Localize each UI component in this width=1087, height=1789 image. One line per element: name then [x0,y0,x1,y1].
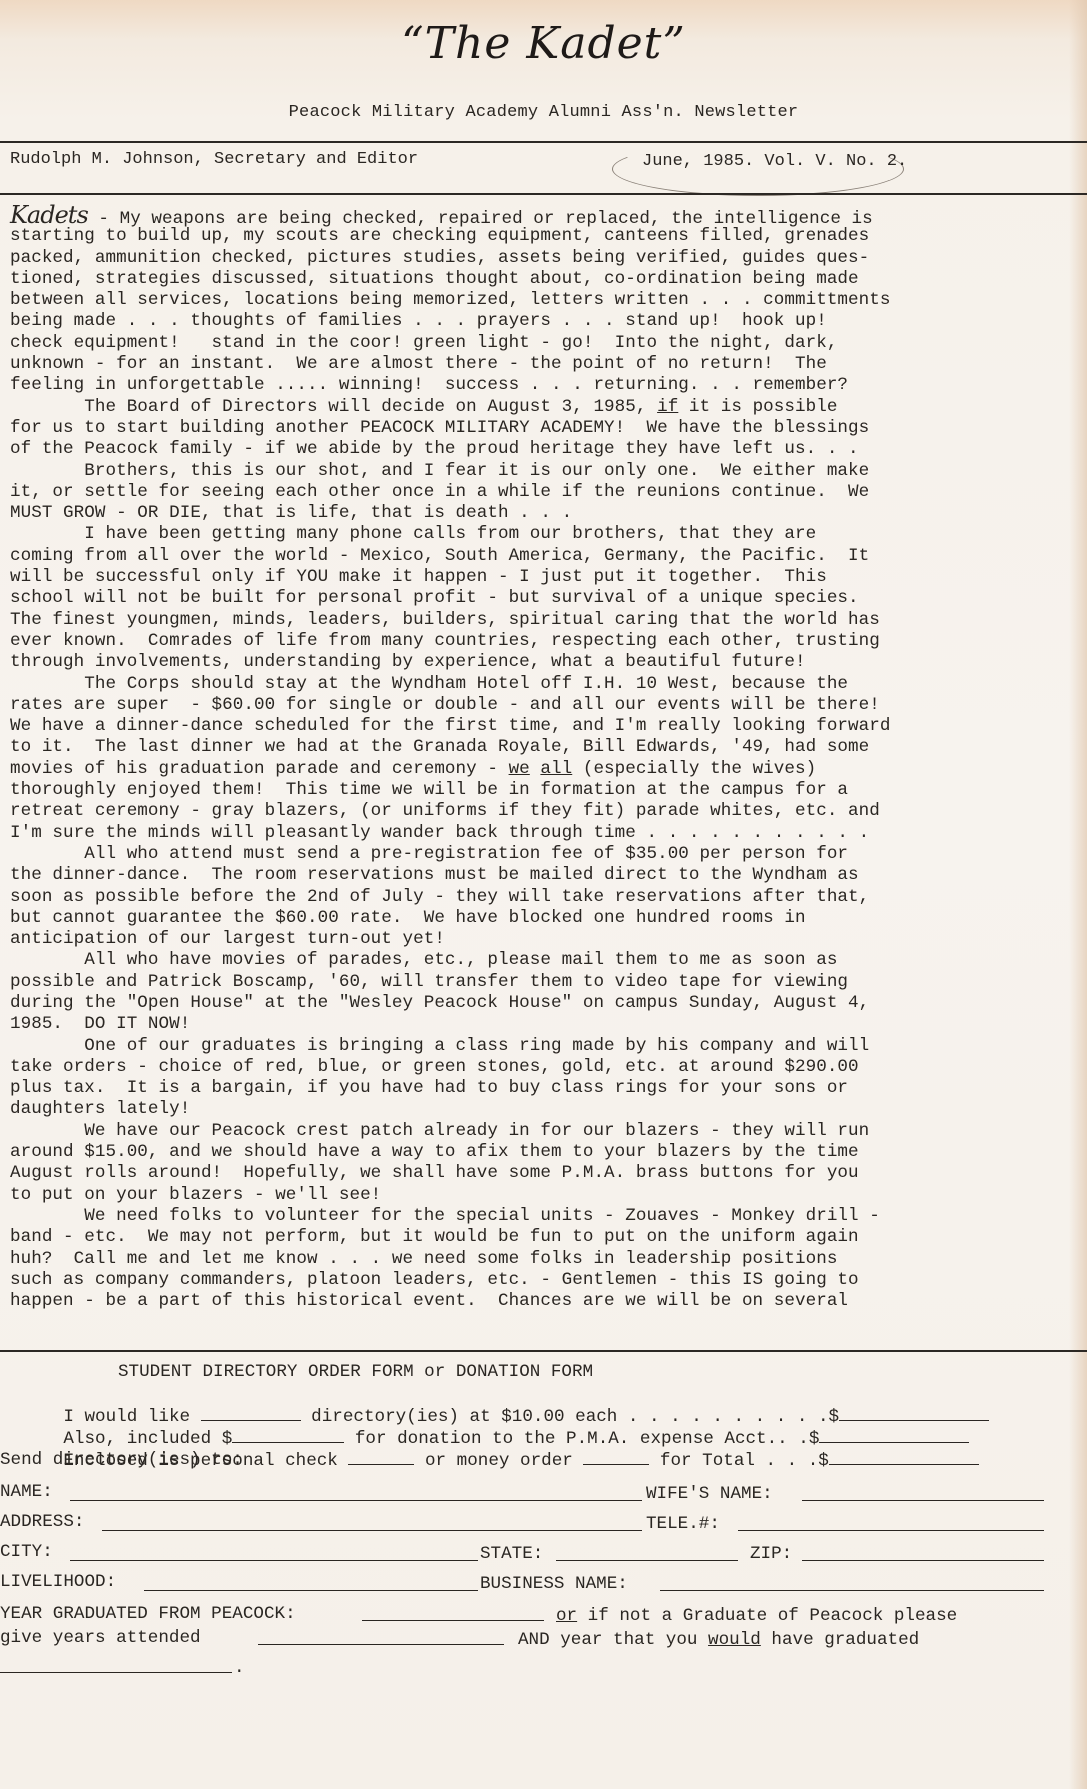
article-line: feeling in unforgettable ..... winning! … [10,375,1080,396]
name-label: NAME: [0,1482,53,1502]
article-line: MUST GROW - OR DIE, that is life, that i… [10,503,1080,524]
article-line: to put on your blazers - we'll see! [10,1185,1080,1206]
article-line: 1985. DO IT NOW! [10,1014,1080,1035]
article-line: All who attend must send a pre-registrat… [10,844,1080,865]
article-line: The Board of Directors will decide on Au… [10,397,1080,418]
wife-name-label: WIFE'S NAME: [646,1484,773,1504]
name-input[interactable] [70,1500,642,1501]
article-line: retreat ceremony - gray blazers, (or uni… [10,801,1080,822]
article-line: for us to start building another PEACOCK… [10,418,1080,439]
newsletter-page: “The Kadet” Peacock Military Academy Alu… [0,0,1087,1789]
tele-input[interactable] [738,1530,1044,1531]
article-line: will be successful only if YOU make it h… [10,567,1080,588]
article-line: packed, ammunition checked, pictures stu… [10,248,1080,269]
article-line: around $15.00, and we should have a way … [10,1142,1080,1163]
article-line: being made . . . thoughts of families . … [10,311,1080,332]
handwritten-salutation: Kadets [10,201,88,229]
article-line: anticipation of our largest turn-out yet… [10,929,1080,950]
article-line: during the "Open House" at the "Wesley P… [10,993,1080,1014]
business-name-label: BUSINESS NAME: [480,1574,628,1594]
article-line: tioned, strategies discussed, situations… [10,269,1080,290]
tele-label: TELE.#: [646,1514,720,1534]
article-line: through involvements, understanding by e… [10,652,1080,673]
article-line: check equipment! stand in the coor! gree… [10,333,1080,354]
livelihood-input[interactable] [144,1590,478,1591]
article-line: take orders - choice of red, blue, or gr… [10,1057,1080,1078]
article-body: Kadets - My weapons are being checked, r… [10,205,1080,1312]
zip-label: ZIP: [750,1544,792,1564]
form-separator-rule [0,1350,1087,1352]
article-line: The Corps should stay at the Wyndham Hot… [10,674,1080,695]
article-line: huh? Call me and let me know . . . we ne… [10,1249,1080,1270]
article-line: happen - be a part of this historical ev… [10,1291,1080,1312]
city-label: CITY: [0,1542,53,1562]
address-input[interactable] [102,1530,642,1531]
article-line: such as company commanders, platoon lead… [10,1270,1080,1291]
article-line: but cannot guarantee the $60.00 rate. We… [10,908,1080,929]
article-line: ever known. Comrades of life from many c… [10,631,1080,652]
article-line: The finest youngmen, minds, leaders, bui… [10,610,1080,631]
header-rule-bottom [0,193,1087,195]
article-line: August rolls around! Hopefully, we shall… [10,1163,1080,1184]
article-line: band - etc. We may not perform, but it w… [10,1227,1080,1248]
article-line: soon as possible before the 2nd of July … [10,887,1080,908]
year-graduated-input[interactable] [362,1620,544,1621]
article-line: possible and Patrick Boscamp, '60, will … [10,972,1080,993]
total-input[interactable] [829,1448,979,1465]
article-line: We need folks to volunteer for the speci… [10,1206,1080,1227]
livelihood-label: LIVELIHOOD: [0,1572,116,1592]
article-line: daughters lately! [10,1099,1080,1120]
article-line: I have been getting many phone calls fro… [10,524,1080,545]
state-input[interactable] [556,1560,738,1561]
money-order-input[interactable] [583,1448,649,1465]
article-line: school will not be built for personal pr… [10,588,1080,609]
years-attended-input[interactable] [258,1644,504,1645]
personal-check-input[interactable] [348,1448,414,1465]
zip-input[interactable] [802,1560,1044,1561]
form-title: STUDENT DIRECTORY ORDER FORM or DONATION… [118,1362,593,1382]
issue-dateline: June, 1985. Vol. V. No. 2. [642,152,907,171]
article-line: unknown - for an instant. We are almost … [10,354,1080,375]
article-line: rates are super - $60.00 for single or d… [10,695,1080,716]
would-have-graduated-text: AND year that you would have graduated [518,1630,919,1650]
article-line: We have a dinner-dance scheduled for the… [10,716,1080,737]
year-graduated-label: YEAR GRADUATED FROM PEACOCK: [0,1604,296,1624]
not-graduate-text: or if not a Graduate of Peacock please [556,1606,957,1626]
article-line: the dinner-dance. The room reservations … [10,865,1080,886]
state-label: STATE: [480,1544,543,1564]
newsletter-subtitle: Peacock Military Academy Alumni Ass'n. N… [0,103,1087,122]
editor-credit: Rudolph M. Johnson, Secretary and Editor [10,150,418,169]
address-label: ADDRESS: [0,1512,84,1532]
article-line: We have our Peacock crest patch already … [10,1121,1080,1142]
article-line: Brothers, this is our shot, and I fear i… [10,461,1080,482]
article-line: thoroughly enjoyed them! This time we wi… [10,780,1080,801]
article-line: to it. The last dinner we had at the Gra… [10,737,1080,758]
masthead-title: “The Kadet” [0,18,1087,69]
article-line: Kadets - My weapons are being checked, r… [10,205,1080,226]
wife-name-input[interactable] [802,1500,1044,1501]
send-to-label: Send directory(ies) to: [0,1450,243,1470]
article-line: movies of his graduation parade and cere… [10,759,1080,780]
article-line: All who have movies of parades, etc., pl… [10,950,1080,971]
city-input[interactable] [70,1560,478,1561]
years-attended-label: give years attended [0,1628,201,1648]
article-line: starting to build up, my scouts are chec… [10,226,1080,247]
article-line: of the Peacock family - if we abide by t… [10,439,1080,460]
article-line: plus tax. It is a bargain, if you have h… [10,1078,1080,1099]
article-line: between all services, locations being me… [10,290,1080,311]
article-line: One of our graduates is bringing a class… [10,1036,1080,1057]
header-rule-top [0,141,1087,143]
article-line: it, or settle for seeing each other once… [10,482,1080,503]
would-have-graduated-input[interactable] [0,1672,232,1673]
article-line: coming from all over the world - Mexico,… [10,546,1080,567]
business-name-input[interactable] [660,1590,1044,1591]
article-line: I'm sure the minds will pleasantly wande… [10,823,1080,844]
period-mark: . [234,1658,245,1678]
